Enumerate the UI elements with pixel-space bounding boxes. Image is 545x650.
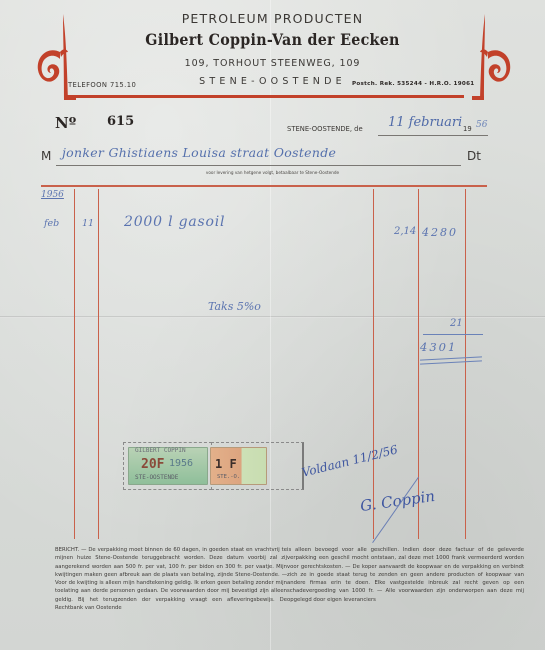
date-underline	[378, 135, 488, 136]
letterhead-telephone: TELEFOON 715.10	[68, 81, 136, 89]
stamp-overprint-bottom: STE-OOSTENDE	[135, 474, 178, 481]
customer-underline	[56, 165, 461, 166]
revenue-stamp-1f: 1 F STE.-O.	[210, 447, 267, 485]
paper-fold-horizontal	[0, 316, 545, 318]
delivery-note: voor levering van hetgene volgt, betaalb…	[0, 170, 545, 175]
revenue-stamp-20f: GILBERT COPPIN 20F 1956 STE-OOSTENDE	[128, 447, 208, 485]
column-divider-amount	[465, 189, 466, 539]
stamp-overprint-bottom: STE.-O.	[217, 474, 240, 480]
tax-amount: 21	[450, 318, 463, 329]
row-description: 2000 l gasoil	[124, 214, 225, 230]
column-divider-unit-price	[418, 189, 419, 539]
customer-prefix: M	[41, 149, 51, 163]
date-handwritten: 11 februari	[388, 115, 462, 130]
stamp-year: 1956	[169, 458, 193, 469]
sum-underline	[423, 334, 483, 335]
row-day: 11	[82, 218, 94, 229]
terms-right-column: is alleen bevoegd voor alle geschillen. …	[287, 546, 524, 604]
stamp-overprint-top: GILBERT COPPIN	[135, 447, 186, 454]
year-printed: 19	[463, 125, 472, 133]
letterhead-trade: PETROLEUM PRODUCTEN	[0, 11, 545, 26]
terms-left-column: BERICHT. — De verpakking moet binnen de …	[55, 546, 287, 612]
year-handwritten: 56	[476, 120, 487, 130]
row-month: feb	[44, 218, 59, 229]
letterhead-address: 109, TORHOUT STEENWEG, 109	[0, 58, 545, 69]
date-prefix: STENE-OOSTENDE, de	[287, 125, 363, 133]
letterhead-company: Gilbert Coppin-Van der Eecken	[22, 30, 523, 49]
column-divider-day	[98, 189, 99, 539]
stamp-value: 1 F	[215, 457, 237, 471]
table-top-rule	[41, 185, 487, 187]
row-amount: 4280	[422, 226, 458, 239]
column-divider-date	[74, 189, 75, 539]
invoice-total: 4301	[420, 340, 457, 354]
invoice-number-label: Nº	[55, 114, 76, 132]
line-year: 1956	[41, 190, 64, 200]
debit-label: Dt	[467, 149, 481, 163]
stamp-value: 20F	[141, 457, 164, 472]
letterhead-rule	[64, 95, 464, 98]
invoice-number: 615	[107, 114, 134, 129]
letterhead-postal-account: Postch. Rek. 535244 - H.R.O. 19061	[352, 81, 475, 87]
row-unit-price: 2,14	[394, 226, 416, 237]
tax-label: Taks 5%o	[208, 300, 261, 313]
column-divider-description	[373, 189, 374, 539]
customer-handwritten: jonker Ghistiaens Louisa straat Oostende	[62, 145, 336, 160]
